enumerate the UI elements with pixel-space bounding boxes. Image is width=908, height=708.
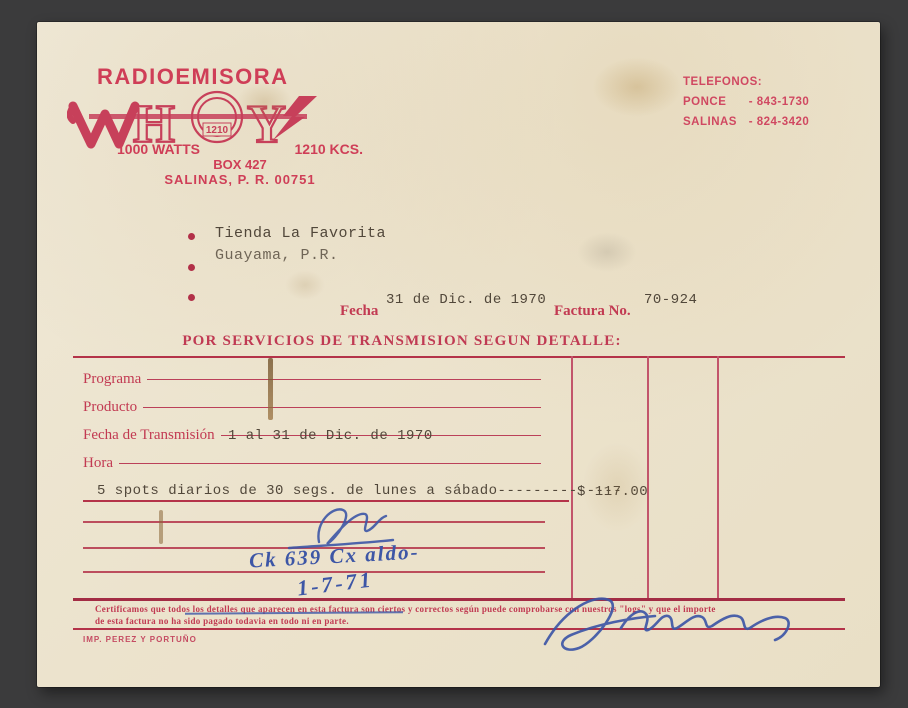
date-label: Fecha [340,303,378,320]
addressee-city: Guayama, P.R. [215,247,339,264]
paper-stain [592,57,682,117]
field-label: Fecha de Transmisión [83,427,215,444]
po-box: BOX 427 [117,157,363,172]
phone-line: PONCE - 843-1730 [683,92,809,112]
form-field-programa: Programa [83,371,541,399]
printer-credit: IMP. PEREZ Y PORTUÑO [83,635,197,644]
table-column-line [717,356,719,600]
frequency-label: 1210 KCS. [295,141,363,157]
table-column-line [571,356,573,600]
phone-city: PONCE [683,92,745,112]
detail-line [83,571,545,573]
field-value: 1 al 31 de Dic. de 1970 [228,428,433,444]
field-blank-line [147,379,541,380]
phone-number: - 824-3420 [749,116,810,128]
phone-number: - 843-1730 [749,96,810,108]
phones-title: TELEFONOS: [683,72,809,92]
line-item-description: 5 spots diarios de 30 segs. de lunes a s… [97,483,622,499]
section-heading: POR SERVICIOS DE TRANSMISION SEGUN DETAL… [172,333,632,350]
detail-line [83,500,569,502]
station-address: SALINAS, P. R. 00751 [117,172,363,187]
paper-stain [577,232,637,272]
logo-w-tail-icon [70,106,73,121]
phone-line: SALINAS - 824-3420 [683,112,809,132]
date-value: 31 de Dic. de 1970 [386,292,546,308]
field-blank-line [143,407,541,408]
phones-block: TELEFONOS: PONCE - 843-1730 SALINAS - 82… [683,72,809,132]
line-item-amount: $ 117.00 [577,484,648,500]
phone-city: SALINAS [683,112,745,132]
paper-stain [285,270,325,300]
form-field-hora: Hora [83,455,541,483]
address-bullet-icon [188,233,195,240]
invoice-number-value: 70-924 [644,292,697,308]
field-blank-line [119,463,541,464]
invoice-number-label: Factura No. [554,303,631,320]
power-frequency-row: 1000 WATTS 1210 KCS. [117,141,363,157]
form-field-fecha-transmision: Fecha de Transmisión 1 al 31 de Dic. de … [83,427,541,455]
power-label: 1000 WATTS [117,141,200,157]
ink-smudge-mark [159,510,163,544]
signature [533,586,805,660]
form-field-producto: Producto [83,399,541,427]
field-label: Producto [83,399,137,416]
table-top-rule [73,356,845,358]
ink-smudge-mark [268,358,273,420]
field-label: Programa [83,371,141,388]
table-column-line [647,356,649,600]
form-fields: Programa Producto Fecha de Transmisión 1… [83,371,541,483]
logo-w-icon [73,106,135,144]
address-bullet-icon [188,264,195,271]
logo-dial-number: 1210 [206,125,229,136]
address-bullet-icon [188,294,195,301]
invoice-document: RADIOEMISORA H 1210 Y 1000 WATTS 1210 KC… [37,22,880,687]
addressee-name: Tienda La Favorita [215,225,386,242]
field-label: Hora [83,455,113,472]
